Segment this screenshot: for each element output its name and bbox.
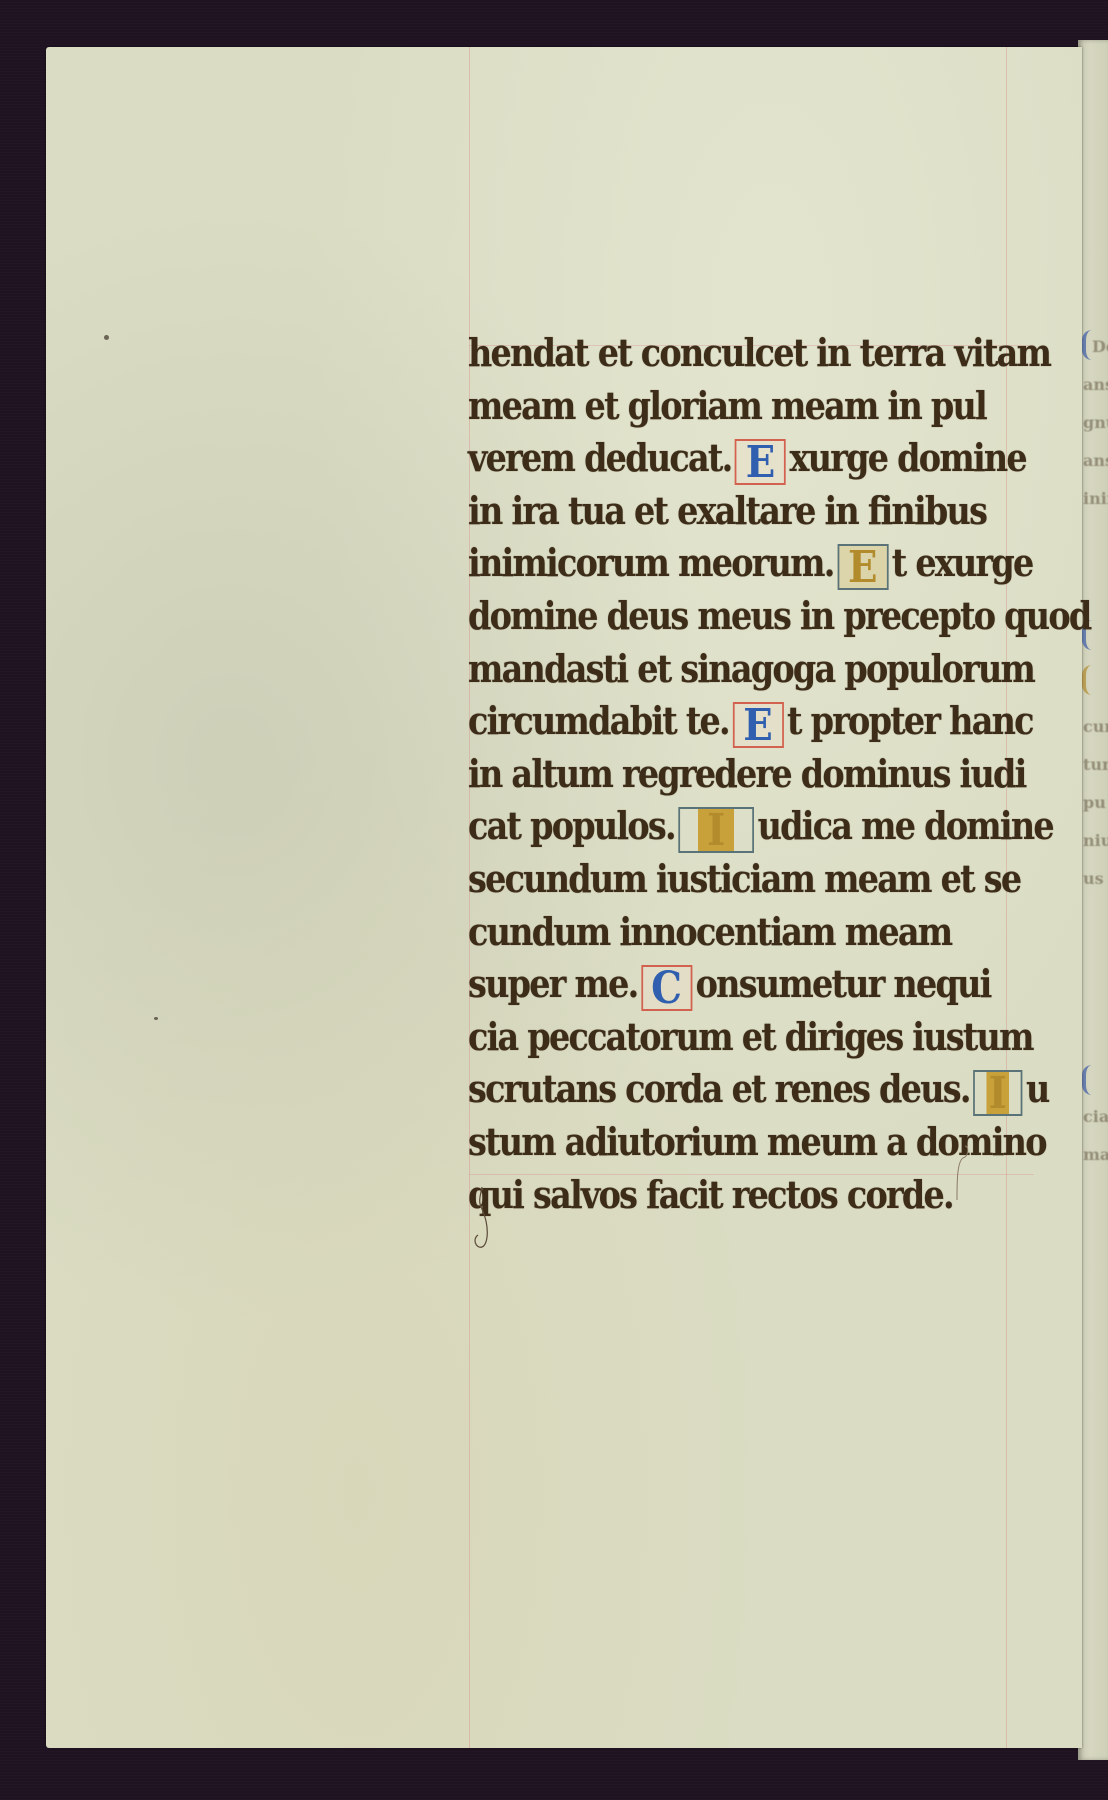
line-text: cat populos. [468, 803, 675, 848]
line-text: verem deducat. [468, 435, 731, 480]
illuminated-initial-e-icon: E [732, 702, 783, 748]
adjacent-text: ans m [1083, 378, 1108, 392]
adjacent-text: ans q [1083, 454, 1108, 468]
line-text: cundum innocentiam meam [468, 909, 951, 954]
manuscript-page: hendat et conculcet in terra vitam meam … [46, 47, 1082, 1748]
adjacent-text: inim [1083, 492, 1108, 506]
line-text: u [1026, 1066, 1049, 1111]
line-text: cia peccatorum et diriges iustum [468, 1014, 1033, 1059]
line-text: in ira tua et exaltare in finibus [468, 488, 986, 533]
adjacent-text: cum [1083, 720, 1108, 734]
text-line: verem deducat.Exurge domine [468, 432, 961, 485]
gilded-initial-i-icon: I [973, 1070, 1022, 1116]
ink-spot [154, 1017, 158, 1020]
text-line: domine deus meus in precepto quod [468, 590, 961, 643]
line-text: domine deus meus in precepto quod [468, 593, 1091, 638]
text-line: in ira tua et exaltare in finibus [468, 485, 961, 538]
adjacent-initial-icon [1082, 665, 1100, 695]
adjacent-text: pu [1083, 796, 1108, 810]
line-text: t propter hanc [787, 698, 1033, 743]
text-line: stum adiutorium meum a domino [468, 1116, 961, 1169]
line-text: super me. [468, 961, 638, 1006]
adjacent-text: Deus [1092, 340, 1108, 354]
text-line: scrutans corda et renes deus.Iu [468, 1063, 961, 1116]
text-block: hendat et conculcet in terra vitam meam … [468, 327, 1028, 1221]
line-text: meam et gloriam meam in pul [468, 383, 986, 428]
line-text: inimicorum meorum. [468, 540, 834, 585]
line-text: scrutans corda et renes deus. [468, 1066, 970, 1111]
line-text: circumdabit te. [468, 698, 729, 743]
text-line: super me.Consumetur nequi [468, 958, 961, 1011]
text-line: cia peccatorum et diriges iustum [468, 1011, 961, 1064]
text-line: meam et gloriam meam in pul [468, 380, 961, 433]
illuminated-initial-e-icon: E [735, 439, 786, 485]
text-line: inimicorum meorum.Et exurge [468, 537, 961, 590]
line-end-flourish-icon [951, 1142, 971, 1202]
line-text: t exurge [892, 540, 1033, 585]
line-text: mandasti et sinagoga populorum [468, 646, 1034, 691]
text-line: circumdabit te.Et propter hanc [468, 695, 961, 748]
descender-flourish-icon [468, 1187, 498, 1267]
text-line: secundum iusticiam meam et se [468, 853, 961, 906]
gilded-initial-i-icon: I [678, 807, 754, 853]
text-line: cat populos.Iudica me domine [468, 800, 961, 853]
line-text: onsumetur nequi [696, 961, 991, 1006]
adjacent-text: cian [1083, 1110, 1108, 1124]
line-text: in altum regredere dominus iudi [468, 751, 1026, 796]
illuminated-initial-c-icon: C [641, 965, 692, 1011]
line-text: udica me domine [758, 803, 1053, 848]
text-line: qui salvos facit rectos corde. [468, 1169, 961, 1222]
adjacent-text: gnus [1083, 416, 1108, 430]
adjacent-page-edge: Deus ans m gnus ans q inim cum tum pu ni… [1078, 40, 1108, 1760]
adjacent-text: ma a [1083, 1148, 1108, 1162]
line-text: xurge domine [790, 435, 1026, 480]
text-line: mandasti et sinagoga populorum [468, 643, 961, 696]
text-line: in altum regredere dominus iudi [468, 748, 961, 801]
adjacent-text: niu [1083, 834, 1108, 848]
adjacent-text: tum [1083, 758, 1108, 772]
text-line: cundum innocentiam meam [468, 906, 961, 959]
text-line: hendat et conculcet in terra vitam [468, 327, 961, 380]
line-text: secundum iusticiam meam et se [468, 856, 1020, 901]
ink-spot [104, 335, 109, 340]
adjacent-initial-icon [1082, 1065, 1100, 1095]
line-text: qui salvos facit rectos corde. [468, 1172, 953, 1217]
gilded-initial-e-icon: E [837, 544, 888, 590]
adjacent-text: us u [1083, 872, 1108, 886]
line-text: hendat et conculcet in terra vitam [468, 330, 1050, 375]
